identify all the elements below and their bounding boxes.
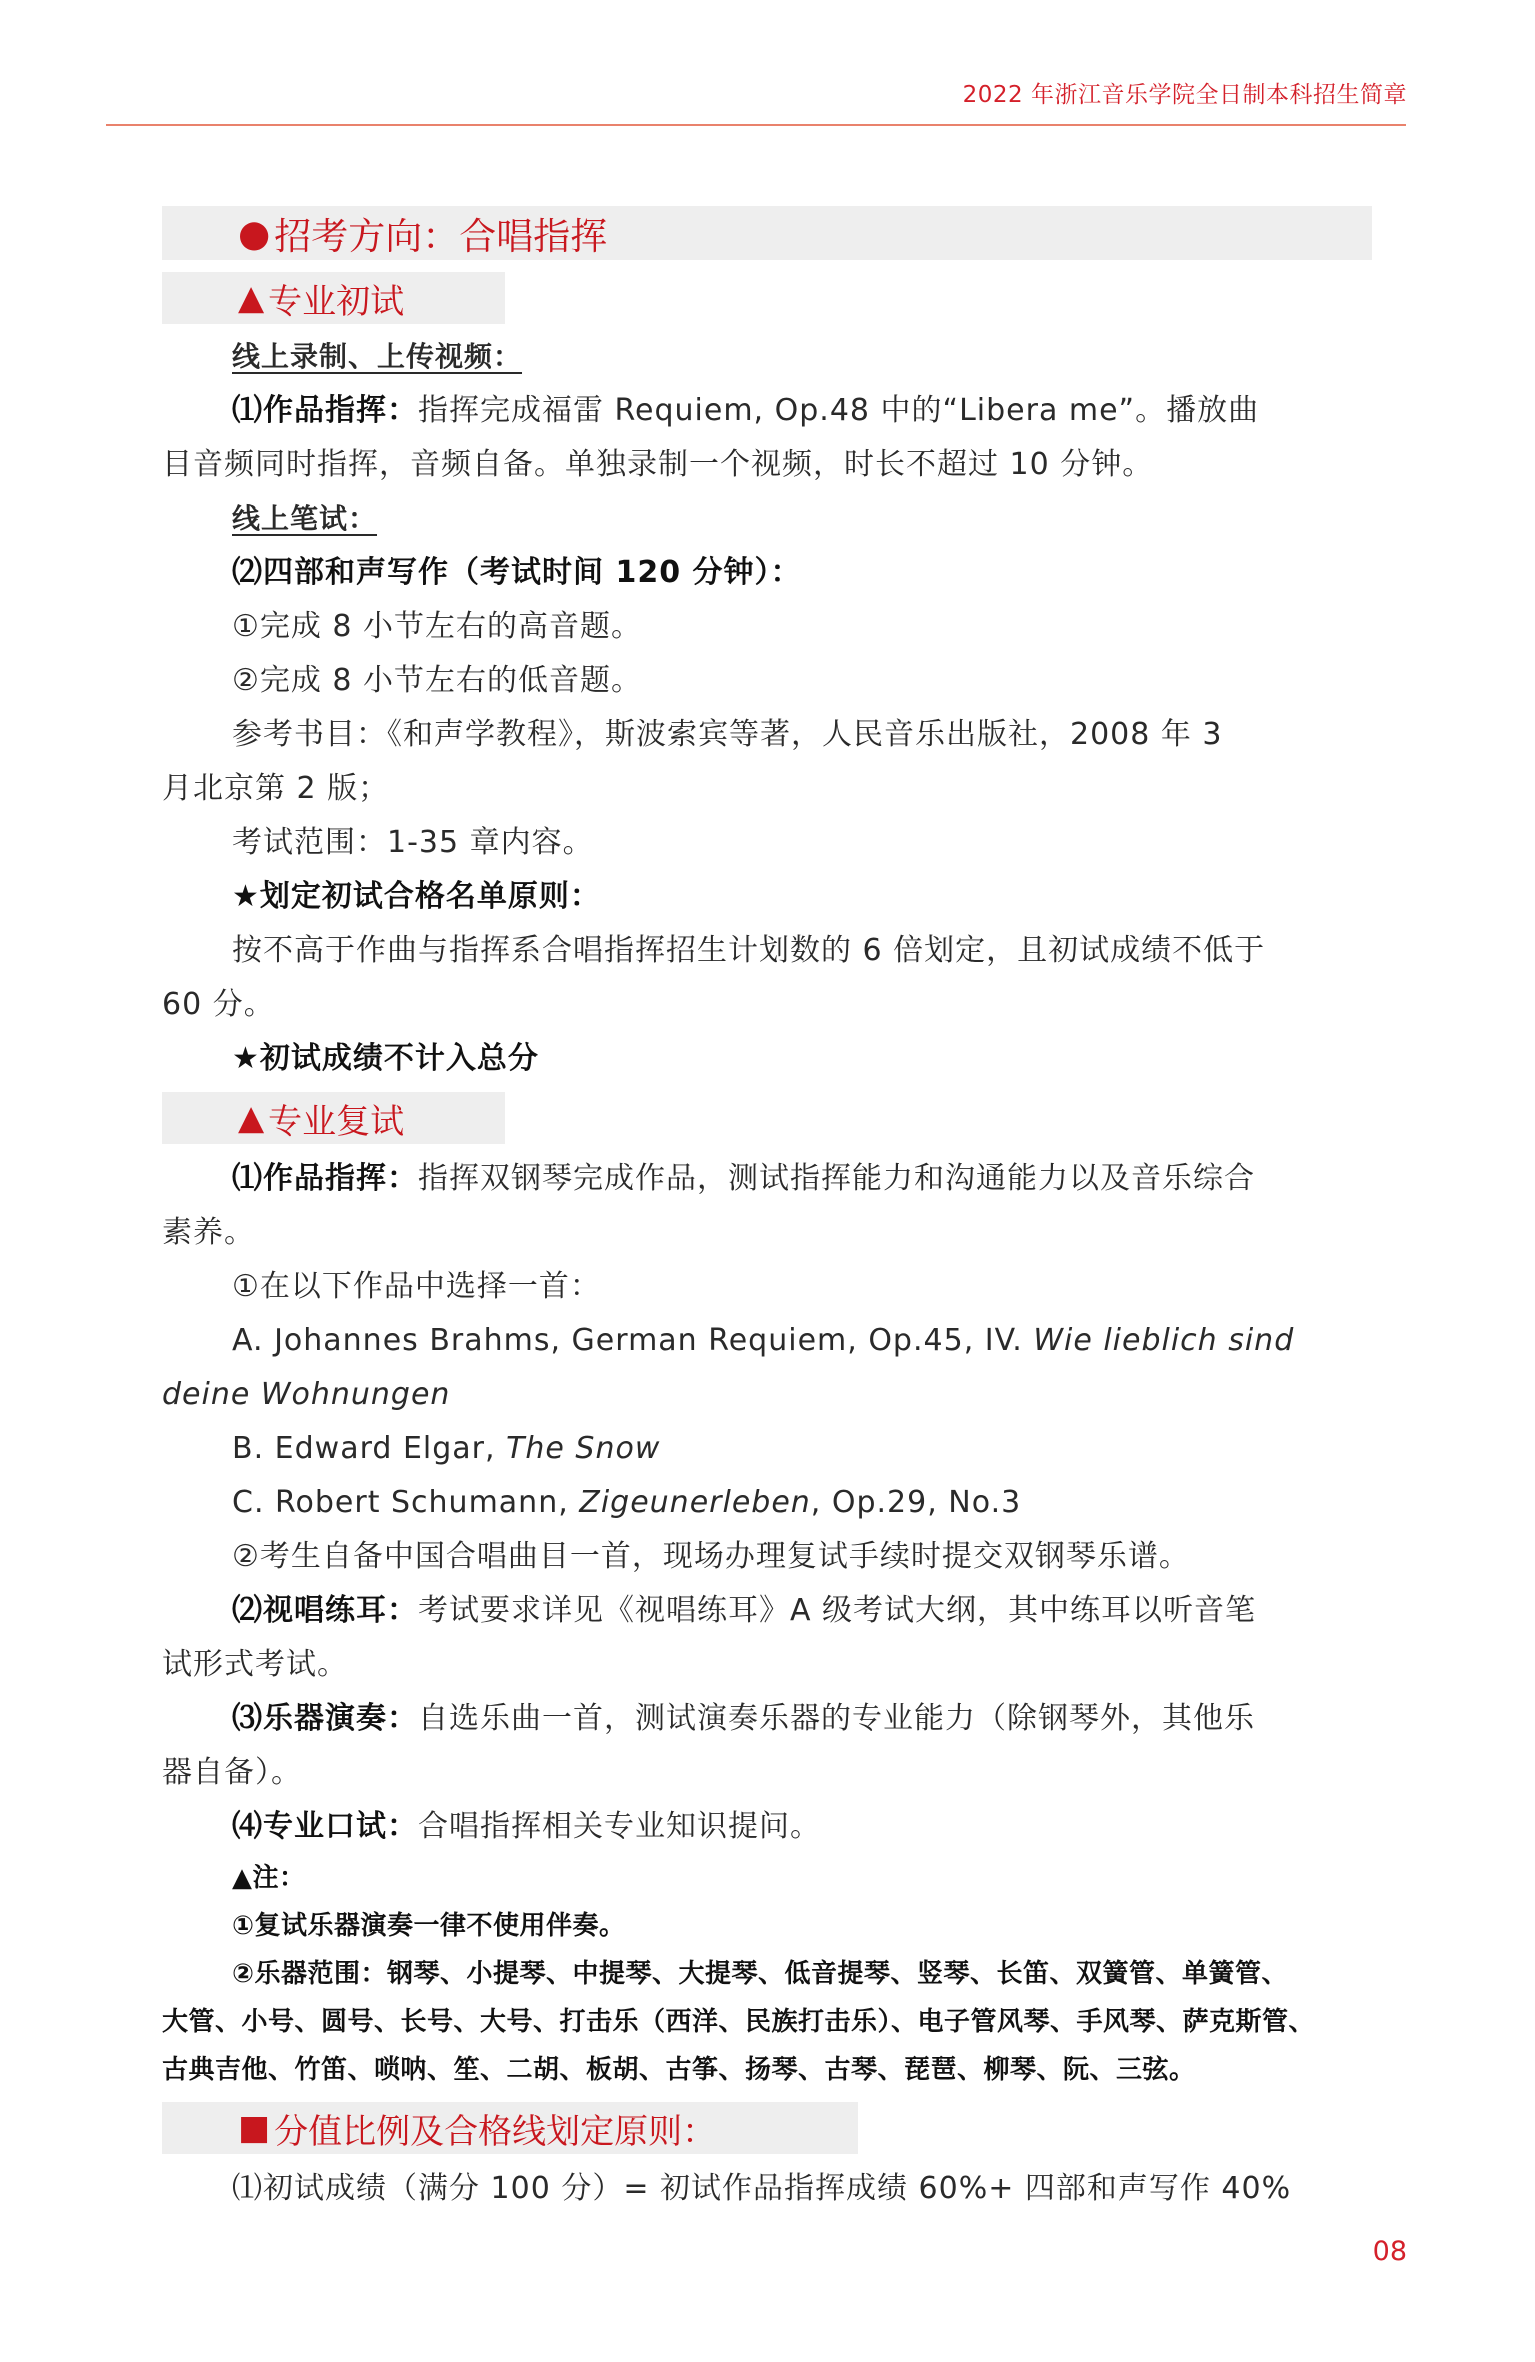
work-c: C. Robert Schumann, Zigeunerleben, Op.29… bbox=[162, 1476, 1372, 1530]
retest-item-1: ⑴作品指挥：指挥双钢琴完成作品，测试指挥能力和沟通能力以及音乐综合 bbox=[162, 1152, 1372, 1206]
choose-one: ①在以下作品中选择一首： bbox=[162, 1260, 1372, 1314]
prelim-item-2-sub2: ②完成 8 小节左右的低音题。 bbox=[162, 654, 1372, 708]
note-label: ▲注： bbox=[162, 1854, 1372, 1902]
subheading-title: 专业初试 bbox=[268, 274, 404, 323]
prelim-item-2-sub1: ①完成 8 小节左右的高音题。 bbox=[162, 600, 1372, 654]
header-divider bbox=[106, 124, 1406, 126]
note-2-cont-1: 大管、小号、圆号、长号、大号、打击乐（西洋、民族打击乐）、电子管风琴、手风琴、萨… bbox=[162, 1998, 1372, 2046]
retest-item-2: ⑵视唱练耳：考试要求详见《视唱练耳》A 级考试大纲，其中练耳以听音笔 bbox=[162, 1584, 1372, 1638]
subheading-title: 专业复试 bbox=[268, 1094, 404, 1143]
reference-book-cont: 月北京第 2 版； bbox=[162, 762, 1372, 816]
reference-book: 参考书目：《和声学教程》，斯波索宾等著，人民音乐出版社，2008 年 3 bbox=[162, 708, 1372, 762]
work-b: B. Edward Elgar, The Snow bbox=[162, 1422, 1372, 1476]
square-icon: ■ bbox=[238, 2108, 270, 2148]
prelim-item-1: ⑴作品指挥：指挥完成福雷 Requiem, Op.48 中的“Libera me… bbox=[162, 384, 1372, 438]
not-counted-note: ★初试成绩不计入总分 bbox=[162, 1032, 1372, 1086]
retest-item-1-cont: 素养。 bbox=[162, 1206, 1372, 1260]
retest-item-4: ⑷专业口试：合唱指挥相关专业知识提问。 bbox=[162, 1800, 1372, 1854]
pass-rule-text-cont: 60 分。 bbox=[162, 978, 1372, 1032]
section-title: 招考方向：合唱指挥 bbox=[274, 206, 607, 260]
subheading-title: 分值比例及合格线划定原则： bbox=[274, 2104, 716, 2153]
retest-item-3-cont: 器自备）。 bbox=[162, 1746, 1372, 1800]
page-number: 08 bbox=[1373, 2236, 1407, 2267]
pass-rule-label: ★划定初试合格名单原则： bbox=[162, 870, 1372, 924]
note-2: ②乐器范围：钢琴、小提琴、中提琴、大提琴、低音提琴、竖琴、长笛、双簧管、单簧管、 bbox=[162, 1950, 1372, 1998]
scoring-item-1: ⑴初试成绩（满分 100 分）= 初试作品指挥成绩 60%+ 四部和声写作 40… bbox=[162, 2162, 1372, 2216]
page-header: 2022 年浙江音乐学院全日制本科招生简章 bbox=[0, 0, 1535, 130]
note-2-cont-2: 古典吉他、竹笛、唢呐、笙、二胡、板胡、古筝、扬琴、古琴、琵琶、柳琴、阮、三弦。 bbox=[162, 2046, 1372, 2094]
pass-rule-text: 按不高于作曲与指挥系合唱指挥招生计划数的 6 倍划定，且初试成绩不低于 bbox=[162, 924, 1372, 978]
online-recording-label: 线上录制、上传视频： bbox=[162, 330, 1372, 384]
work-a: A. Johannes Brahms, German Requiem, Op.4… bbox=[162, 1314, 1372, 1368]
retest-item-2-cont: 试形式考试。 bbox=[162, 1638, 1372, 1692]
prelim-item-2: ⑵四部和声写作（考试时间 120 分钟）： bbox=[162, 546, 1372, 600]
work-a-cont: deine Wohnungen bbox=[162, 1368, 1372, 1422]
online-written-label: 线上笔试： bbox=[162, 492, 1372, 546]
triangle-icon: ▲ bbox=[238, 1098, 264, 1138]
prelim-item-1-cont: 目音频同时指挥，音频自备。单独录制一个视频，时长不超过 10 分钟。 bbox=[162, 438, 1372, 492]
retest-item-3: ⑶乐器演奏：自选乐曲一首，测试演奏乐器的专业能力（除钢琴外，其他乐 bbox=[162, 1692, 1372, 1746]
triangle-icon: ▲ bbox=[238, 278, 264, 318]
document-body: ● 招考方向：合唱指挥 ▲ 专业初试 线上录制、上传视频： ⑴作品指挥：指挥完成… bbox=[162, 206, 1372, 2216]
bullet-circle-icon: ● bbox=[238, 212, 270, 255]
section-heading: ● 招考方向：合唱指挥 bbox=[162, 206, 1372, 260]
exam-scope: 考试范围：1-35 章内容。 bbox=[162, 816, 1372, 870]
subheading-scoring: ■ 分值比例及合格线划定原则： bbox=[162, 2102, 858, 2154]
note-1: ①复试乐器演奏一律不使用伴奏。 bbox=[162, 1902, 1372, 1950]
subheading-retest: ▲ 专业复试 bbox=[162, 1092, 505, 1144]
chinese-piece: ②考生自备中国合唱曲目一首，现场办理复试手续时提交双钢琴乐谱。 bbox=[162, 1530, 1372, 1584]
brochure-title: 2022 年浙江音乐学院全日制本科招生简章 bbox=[963, 76, 1407, 109]
subheading-preliminary: ▲ 专业初试 bbox=[162, 272, 505, 324]
